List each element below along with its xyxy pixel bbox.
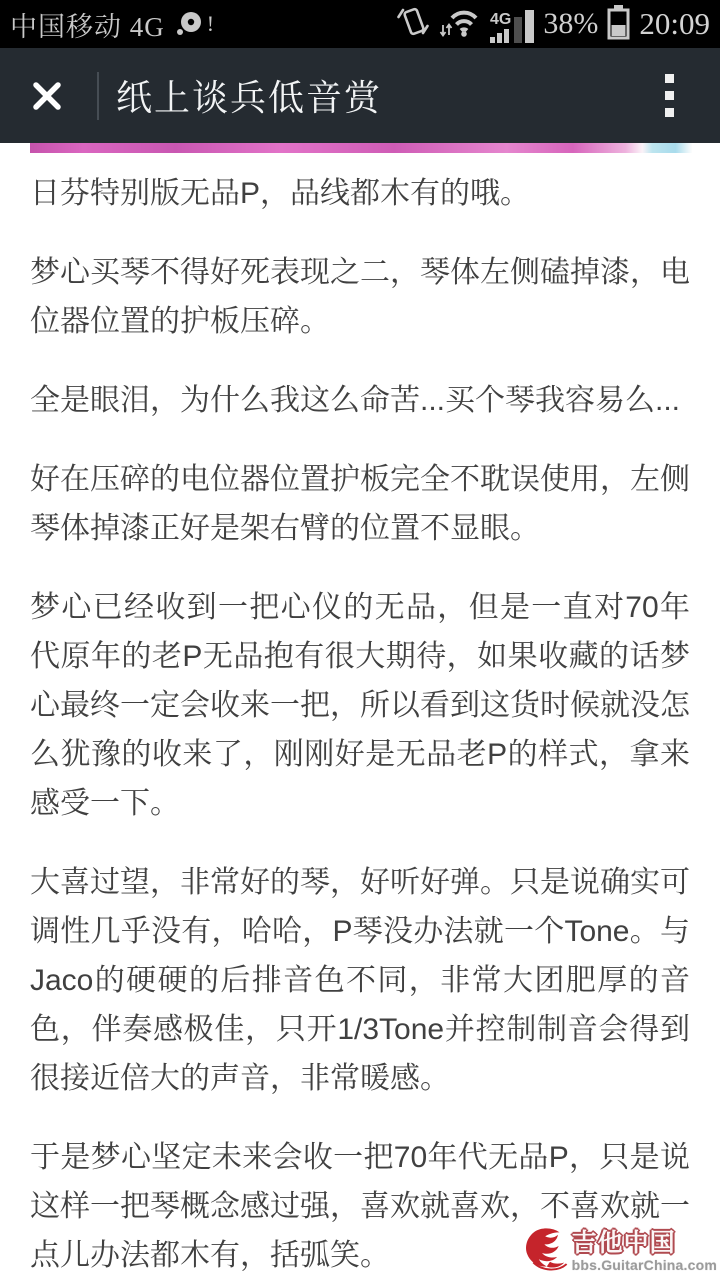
- article-paragraph: 日芬特别版无品P，品线都木有的哦。: [30, 169, 690, 218]
- site-name-label: 吉他中国: [572, 1230, 676, 1257]
- status-bar: 中国移动 4G !: [0, 0, 720, 48]
- guitarchina-dragon-logo-icon: [523, 1226, 569, 1277]
- menu-dot-icon: [665, 74, 674, 83]
- wifi-icon: [439, 5, 481, 44]
- disc-notification-icon: [175, 9, 205, 39]
- close-button[interactable]: [30, 79, 64, 113]
- battery-icon: [607, 4, 630, 45]
- carrier-label: 中国移动 4G: [10, 5, 165, 44]
- battery-percent-label: 38%: [543, 7, 598, 41]
- site-url-label: bbs.GuitarChina.com: [572, 1257, 717, 1274]
- close-icon: [31, 80, 63, 112]
- overflow-menu-button[interactable]: [665, 74, 674, 117]
- app-header: 纸上谈兵低音赏: [0, 48, 720, 143]
- header-divider: [97, 72, 99, 120]
- menu-dot-icon: [665, 108, 674, 117]
- article-body: 日芬特别版无品P，品线都木有的哦。梦心买琴不得好死表现之二，琴体左侧磕掉漆，电位…: [0, 153, 720, 1280]
- article-paragraph: 大喜过望，非常好的琴，好听好弹。只是说确实可调性几乎没有，哈哈，P琴没办法就一个…: [30, 858, 690, 1103]
- article-paragraph: 好在压碎的电位器位置护板完全不耽误使用，左侧琴体掉漆正好是架右臂的位置不显眼。: [30, 455, 690, 553]
- article-paragraph: 梦心已经收到一把心仪的无品，但是一直对70年代原年的老P无品抱有很大期待，如果收…: [30, 583, 690, 828]
- alert-exclamation: !: [207, 11, 214, 37]
- network-type-label: 4G: [490, 12, 511, 27]
- page-title: 纸上谈兵低音赏: [116, 70, 382, 121]
- vibrate-icon: [396, 4, 430, 45]
- article-paragraph: 全是眼泪，为什么我这么命苦...买个琴我容易么...: [30, 376, 690, 425]
- site-watermark: 吉他中国 bbs.GuitarChina.com: [523, 1226, 717, 1277]
- photo-bottom-edge: [30, 143, 692, 153]
- menu-dot-icon: [665, 91, 674, 100]
- clock-label: 20:09: [639, 6, 710, 42]
- article-paragraph: 梦心买琴不得好死表现之二，琴体左侧磕掉漆，电位器位置的护板压碎。: [30, 248, 690, 346]
- signal-strength-icon: 4G: [490, 5, 534, 43]
